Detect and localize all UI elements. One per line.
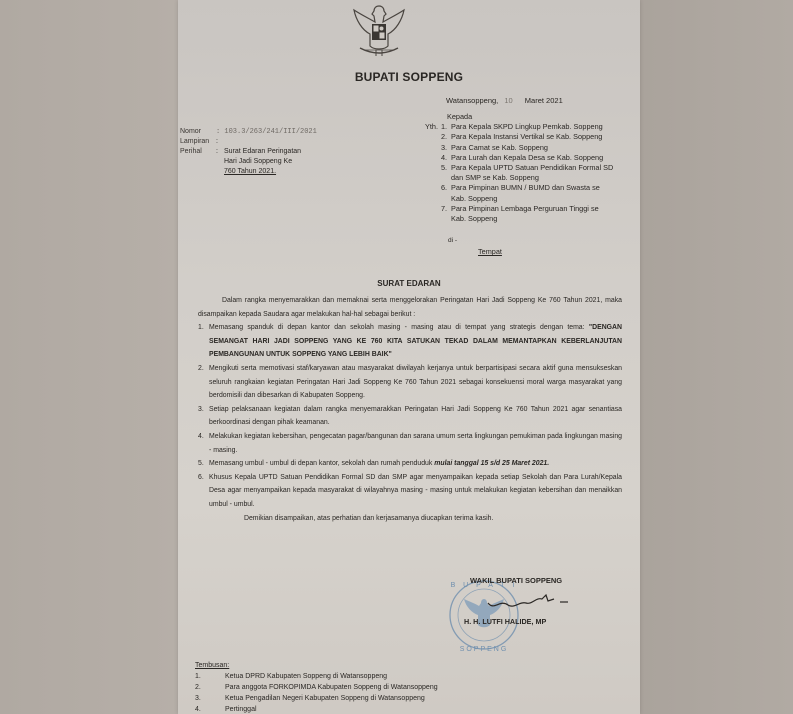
tembusan-label: Tembusan:: [195, 660, 438, 671]
document-title: SURAT EDARAN: [178, 279, 640, 288]
tembusan-item: 3.Ketua Pengadilan Negeri Kabupaten Sopp…: [195, 693, 438, 704]
recipient-text: Para Kepala UPTD Satuan Pendidikan Forma…: [451, 163, 632, 183]
recipient-item: 2.Para Kepala Instansi Vertikal se Kab. …: [422, 132, 632, 142]
recipient-text: Para Pimpinan Lembaga Perguruan Tinggi s…: [451, 204, 632, 224]
letter-page: BUPATI SOPPENG Watansoppeng, 10 Maret 20…: [178, 0, 640, 714]
recipient-text: Para Kepala SKPD Lingkup Pemkab. Soppeng: [451, 122, 632, 132]
background-right: [640, 0, 793, 714]
instruction-item-3: 3. Setiap pelaksanaan kegiatan dalam ran…: [198, 403, 622, 430]
svg-text:SOPPENG: SOPPENG: [460, 646, 509, 653]
perihal-line: Surat Edaran Peringatan: [224, 147, 306, 157]
tempat-label: Tempat: [422, 247, 632, 257]
perihal-line: 760 Tahun 2021.: [224, 167, 306, 177]
recipient-number: 5.: [441, 163, 451, 183]
item-5-dates: mulai tanggal 15 s/d 25 Maret 2021.: [434, 460, 549, 467]
recipient-number: 3.: [441, 143, 451, 153]
letter-body: Dalam rangka menyemarakkan dan memaknai …: [198, 294, 622, 525]
item-text: Mengikuti serta memotivasi staf/karyawan…: [209, 362, 622, 403]
item-text: Memasang spanduk di depan kantor dan sek…: [209, 321, 622, 362]
perihal-line: Hari Jadi Soppeng Ke: [224, 157, 306, 167]
recipient-item: 5.Para Kepala UPTD Satuan Pendidikan For…: [422, 163, 632, 183]
intro-paragraph: Dalam rangka menyemarakkan dan memaknai …: [198, 294, 622, 321]
recipient-line: Kab. Soppeng: [451, 214, 632, 224]
tembusan-item: 1.Ketua DPRD Kabupaten Soppeng di Watans…: [195, 671, 438, 682]
recipient-item: 7.Para Pimpinan Lembaga Perguruan Tinggi…: [422, 204, 632, 224]
tembusan-number: 1.: [195, 671, 225, 682]
recipient-text: Para Kepala Instansi Vertikal se Kab. So…: [451, 132, 632, 142]
recipient-line: Kab. Soppeng: [451, 194, 632, 204]
recipient-item: 3.Para Camat se Kab. Soppeng: [422, 143, 632, 153]
item-1-text: Memasang spanduk di depan kantor dan sek…: [209, 324, 585, 331]
date-day: 10: [504, 96, 512, 105]
recipient-text: Para Pimpinan BUMN / BUMD dan Swasta seK…: [451, 183, 632, 203]
tembusan-block: Tembusan: 1.Ketua DPRD Kabupaten Soppeng…: [195, 660, 438, 714]
recipient-number: 1.: [441, 122, 451, 132]
instruction-item-5: 5. Memasang umbul - umbul di depan kanto…: [198, 457, 622, 471]
recipient-item: Yth.1.Para Kepala SKPD Lingkup Pemkab. S…: [422, 122, 632, 132]
kepada-label: Kepada: [422, 112, 632, 122]
handwritten-signature-icon: [454, 585, 594, 615]
recipient-line: Para Pimpinan BUMN / BUMD dan Swasta se: [451, 183, 632, 193]
instruction-item-2: 2. Mengikuti serta memotivasi staf/karya…: [198, 362, 622, 403]
tembusan-number: 2.: [195, 682, 225, 693]
item-number: 5.: [198, 457, 209, 471]
date-place: Watansoppeng,: [446, 96, 498, 105]
tembusan-item: 4.Pertinggal: [195, 704, 438, 714]
item-number: 3.: [198, 403, 209, 430]
recipient-number: 2.: [441, 132, 451, 142]
instruction-item-4: 4. Melakukan kegiatan kebersihan, pengec…: [198, 430, 622, 457]
recipient-line: Para Pimpinan Lembaga Perguruan Tinggi s…: [451, 204, 632, 214]
item-5-text: Memasang umbul - umbul di depan kantor, …: [209, 460, 432, 467]
instruction-item-1: 1. Memasang spanduk di depan kantor dan …: [198, 321, 622, 362]
di-label: di -: [422, 236, 632, 246]
item-number: 6.: [198, 471, 209, 512]
lampiran-label: Lampiran: [180, 137, 216, 147]
recipient-line: dan SMP se Kab. Soppeng: [451, 173, 632, 183]
signatory-name: H. H. LUTFI HALIDE, MP: [454, 617, 594, 626]
letter-date: Watansoppeng, 10 Maret 2021: [446, 96, 563, 105]
lampiran-row: Lampiran:: [180, 137, 218, 147]
yth-label: Yth.: [422, 122, 441, 132]
item-text: Memasang umbul - umbul di depan kantor, …: [209, 457, 622, 471]
recipient-text: Para Lurah dan Kepala Desa se Kab. Soppe…: [451, 153, 632, 163]
perihal-row: Perihal: Surat Edaran Peringatan Hari Ja…: [180, 147, 306, 177]
nomor-value: : 103.3/263/241/III/2021: [216, 128, 317, 136]
recipient-number: 7.: [441, 204, 451, 224]
recipient-text: Para Camat se Kab. Soppeng: [451, 143, 632, 153]
recipient-number: 6.: [441, 183, 451, 203]
tembusan-number: 4.: [195, 704, 225, 714]
recipient-item: 4.Para Lurah dan Kepala Desa se Kab. Sop…: [422, 153, 632, 163]
tembusan-item: 2.Para anggota FORKOPIMDA Kabupaten Sopp…: [195, 682, 438, 693]
perihal-separator: :: [216, 147, 224, 157]
item-number: 1.: [198, 321, 209, 362]
perihal-value: Surat Edaran Peringatan Hari Jadi Soppen…: [224, 147, 306, 177]
item-number: 2.: [198, 362, 209, 403]
nomor-row: Nomor: 103.3/263/241/III/2021: [180, 127, 317, 137]
recipient-line: Para Kepala UPTD Satuan Pendidikan Forma…: [451, 163, 632, 173]
garuda-emblem-icon: [346, 0, 412, 64]
tembusan-text: Para anggota FORKOPIMDA Kabupaten Soppen…: [225, 682, 438, 693]
signature-block: WAKIL BUPATI SOPPENG H. H. LUTFI HALIDE,…: [454, 576, 594, 626]
item-number: 4.: [198, 430, 209, 457]
item-text: Khusus Kepala UPTD Satuan Pendidikan For…: [209, 471, 622, 512]
recipient-number: 4.: [441, 153, 451, 163]
tembusan-text: Pertinggal: [225, 704, 257, 714]
instruction-item-6: 6. Khusus Kepala UPTD Satuan Pendidikan …: [198, 471, 622, 512]
perihal-label: Perihal: [180, 147, 216, 157]
signatory-position: WAKIL BUPATI SOPPENG: [454, 576, 594, 585]
date-month-year: Maret 2021: [525, 96, 563, 105]
recipients-block: Kepada Yth.1.Para Kepala SKPD Lingkup Pe…: [422, 112, 632, 258]
recipient-item: 6.Para Pimpinan BUMN / BUMD dan Swasta s…: [422, 183, 632, 203]
item-text: Setiap pelaksanaan kegiatan dalam rangka…: [209, 403, 622, 430]
letterhead-title: BUPATI SOPPENG: [178, 70, 640, 84]
lampiran-value: :: [216, 138, 218, 145]
tembusan-text: Ketua Pengadilan Negeri Kabupaten Soppen…: [225, 693, 425, 704]
closing-paragraph: Demikian disampaikan, atas perhatian dan…: [198, 512, 622, 526]
tembusan-number: 3.: [195, 693, 225, 704]
tembusan-text: Ketua DPRD Kabupaten Soppeng di Watansop…: [225, 671, 387, 682]
item-text: Melakukan kegiatan kebersihan, pengecata…: [209, 430, 622, 457]
background-left: [0, 0, 178, 714]
nomor-label: Nomor: [180, 127, 216, 137]
